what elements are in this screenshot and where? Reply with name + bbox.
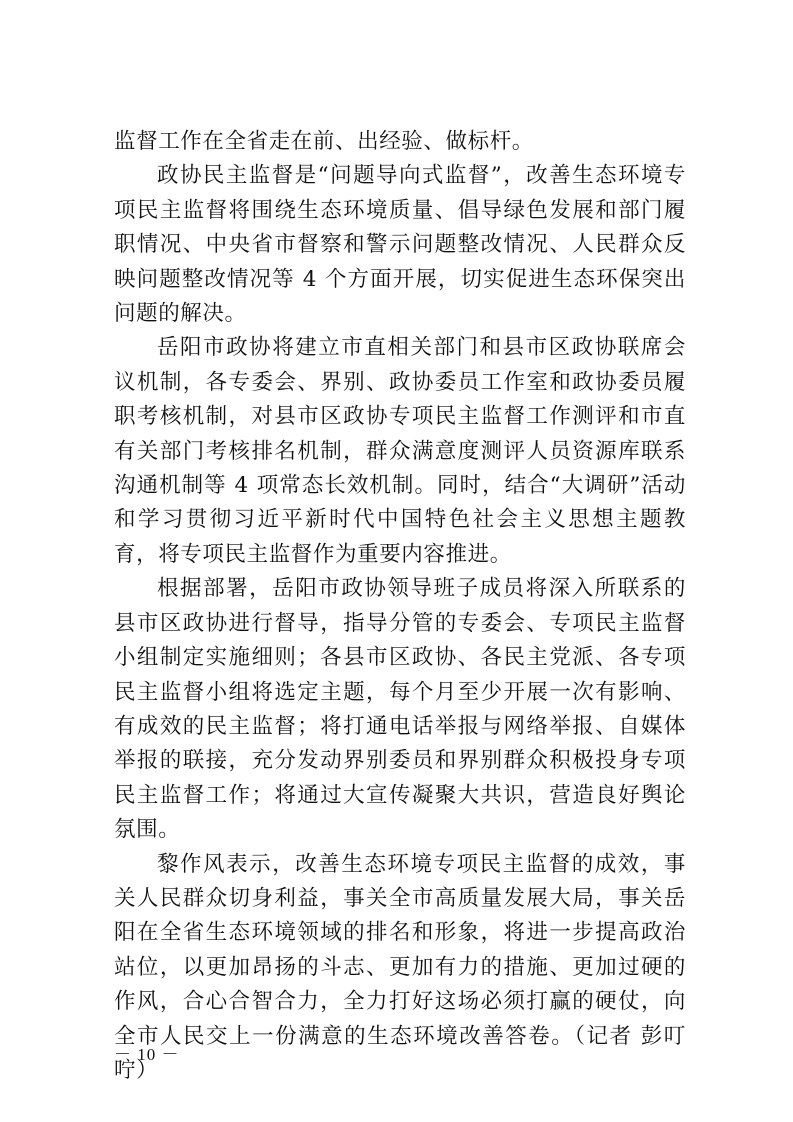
paragraph-continuation: 监督工作在全省走在前、出经验、做标杆。 — [114, 125, 686, 159]
paragraph-supervision-scope: 政协民主监督是“问题导向式监督”，改善生态环境专项民主监督将围绕生态环境质量、倡… — [114, 159, 686, 331]
paragraph-statement: 黎作风表示，改善生态环境专项民主监督的成效，事关人民群众切身利益，事关全市高质量… — [114, 848, 686, 1089]
document-page: 监督工作在全省走在前、出经验、做标杆。 政协民主监督是“问题导向式监督”，改善生… — [0, 0, 793, 1122]
paragraph-deployment: 根据部署，岳阳市政协领导班子成员将深入所联系的县市区政协进行督导，指导分管的专委… — [114, 572, 686, 847]
page-number: － 10 － — [114, 1043, 180, 1067]
article-body: 监督工作在全省走在前、出经验、做标杆。 政协民主监督是“问题导向式监督”，改善生… — [114, 125, 686, 1088]
paragraph-mechanisms: 岳阳市政协将建立市直相关部门和县市区政协联席会议机制，各专委会、界别、政协委员工… — [114, 331, 686, 572]
